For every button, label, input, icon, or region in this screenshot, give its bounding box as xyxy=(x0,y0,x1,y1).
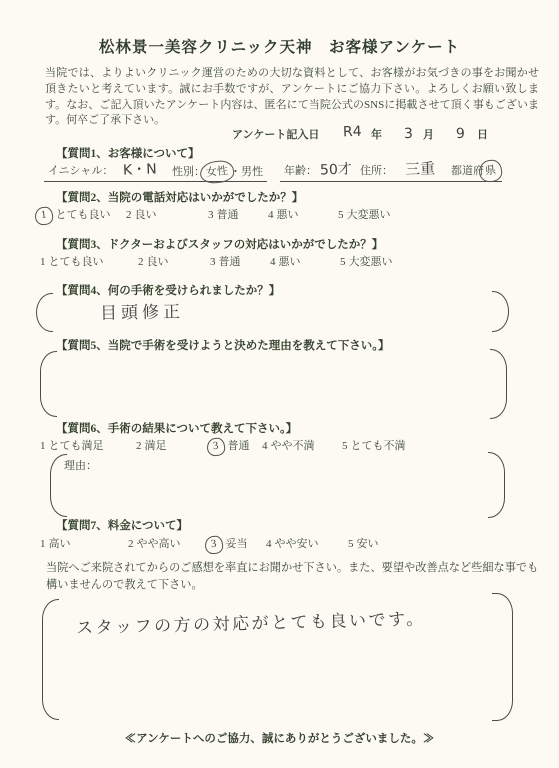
q7-option-3: 3妥当 xyxy=(210,535,248,551)
comments-handwritten: スタッフの方の対応がとても良いです。 xyxy=(76,604,426,638)
q7-option-2: 2やや高い xyxy=(128,535,181,551)
date-day-handwritten: 9 xyxy=(456,126,465,142)
q2-option-5: 5大変悪い xyxy=(338,206,391,222)
q3-option-4-number: 4 xyxy=(270,256,276,268)
q2-option-1-number-circled: 1 xyxy=(34,206,53,226)
q7-option-5-number: 5 xyxy=(348,538,354,550)
q2-option-1-label: とても良い xyxy=(56,209,111,221)
q3-option-3-label: 普通 xyxy=(219,256,241,268)
q6-option-5-number: 5 xyxy=(342,440,348,452)
prefecture-ken-circled: 県 xyxy=(478,159,503,183)
q6-reason-label: 理由： xyxy=(64,457,97,473)
q7-option-5-label: 安い xyxy=(357,538,379,550)
comments-bracket-left xyxy=(42,599,59,720)
date-year-handwritten: R4 xyxy=(343,124,362,141)
address-handwritten: 三重 xyxy=(405,157,436,179)
q3-option-2-label: 良い xyxy=(147,256,169,268)
q2-option-1: 1とても良い xyxy=(40,206,111,222)
q2-option-4-number: 4 xyxy=(268,209,274,221)
q7-option-1: 1高い xyxy=(40,535,71,551)
q3-option-1-number: 1 xyxy=(40,256,46,268)
q6-option-4-number: 4 xyxy=(262,440,268,452)
q6-option-5-label: とても不満 xyxy=(351,440,406,452)
q6-option-1: 1とても満足 xyxy=(40,437,104,453)
q3-option-2-number: 2 xyxy=(138,256,144,268)
survey-scan-page: 松林景一美容クリニック天神 お客様アンケート 当院では、よりよいクリニック運営の… xyxy=(0,0,559,768)
q7-option-2-label: やや高い xyxy=(137,538,181,550)
comments-bracket-right xyxy=(492,593,513,721)
initials-field: イニシャル：K・N xyxy=(44,158,171,182)
q4-bracket-right xyxy=(492,291,509,332)
age-handwritten: 50才 xyxy=(317,158,356,179)
q3-heading: 【質問3、ドクターおよびスタッフの対応はいかがでしたか？】 xyxy=(56,236,383,252)
initials-label: イニシャル： xyxy=(48,165,113,177)
q7-option-2-number: 2 xyxy=(128,538,134,550)
q6-option-3: 3普通 xyxy=(212,437,250,453)
q6-option-5: 5とても不満 xyxy=(342,437,406,453)
q3-option-5-number: 5 xyxy=(340,256,346,268)
q6-heading: 【質問6、手術の結果について教えて下さい。】 xyxy=(56,420,297,436)
q3-option-3: 3普通 xyxy=(210,253,241,269)
q6-option-1-number: 1 xyxy=(40,440,46,452)
q1-answer-row: イニシャル：K・N 性別：女性・男性 年齢：50才 住所：三重都道府県 xyxy=(0,158,559,182)
date-month-unit: 月 xyxy=(423,126,434,142)
q6-option-3-number-circled: 3 xyxy=(206,437,225,457)
q5-heading: 【質問5、当院で手術を受けようと決めた理由を教えて下さい。】 xyxy=(56,337,390,353)
q3-option-2: 2良い xyxy=(138,253,169,269)
q7-option-5: 5安い xyxy=(348,535,379,551)
q7-heading: 【質問7、料金について】 xyxy=(56,517,188,533)
q7-option-4-label: やや安い xyxy=(275,538,319,550)
q4-heading: 【質問4、何の手術を受けられましたか？】 xyxy=(56,282,280,298)
address-field: 住所：三重都道府県 xyxy=(356,157,502,182)
q4-bracket-left xyxy=(36,293,53,332)
date-year-unit: 年 xyxy=(371,126,382,142)
q2-option-3-label: 普通 xyxy=(217,209,239,221)
q6-option-4: 4やや不満 xyxy=(262,437,315,453)
q2-option-2-label: 良い xyxy=(135,209,157,221)
q2-option-5-label: 大変悪い xyxy=(347,209,391,221)
date-label: アンケート記入日 xyxy=(232,126,319,142)
q6-options: 1とても満足 2満足 3普通 4やや不満 5とても不満 xyxy=(0,437,559,455)
intro-text: 当院では、よりよいクリニック運営のための大切な資料として、お客様がお気づきの事を… xyxy=(45,66,539,129)
q2-option-2: 2良い xyxy=(126,206,157,222)
address-label: 住所： xyxy=(360,165,393,177)
q3-option-1: 1とても良い xyxy=(40,253,104,269)
q6-option-1-label: とても満足 xyxy=(49,440,104,452)
footer-thanks: ≪アンケートへのご協力、誠にありがとうございました。≫ xyxy=(0,730,559,746)
initials-handwritten: K・N xyxy=(113,158,167,180)
q6-option-2: 2満足 xyxy=(136,437,167,453)
q7-option-4-number: 4 xyxy=(266,538,272,550)
gender-option-female-circled: 女性 xyxy=(199,159,235,184)
q7-option-1-label: 高い xyxy=(49,538,71,550)
q2-option-3: 3普通 xyxy=(208,206,239,222)
q6-reason-bracket-right xyxy=(488,452,505,518)
q2-option-3-number: 3 xyxy=(208,209,214,221)
q6-option-2-label: 満足 xyxy=(145,440,167,452)
page-title: 松林景一美容クリニック天神 お客様アンケート xyxy=(0,35,559,57)
q6-option-3-label: 普通 xyxy=(228,440,250,452)
q7-option-3-label: 妥当 xyxy=(226,538,248,550)
q3-option-4-label: 悪い xyxy=(279,256,301,268)
q6-option-4-label: やや不満 xyxy=(271,440,315,452)
q3-option-3-number: 3 xyxy=(210,256,216,268)
q3-option-1-label: とても良い xyxy=(49,256,104,268)
q2-options: 1とても良い 2良い 3普通 4悪い 5大変悪い xyxy=(0,206,559,224)
q2-option-4: 4悪い xyxy=(268,206,299,222)
q6-option-2-number: 2 xyxy=(136,440,142,452)
q5-bracket-right xyxy=(490,349,507,419)
survey-date-row: アンケート記入日 R4 年 3 月 9 日 xyxy=(0,126,559,146)
q2-option-2-number: 2 xyxy=(126,209,132,221)
gender-option-male: 男性 xyxy=(241,166,263,178)
q7-option-1-number: 1 xyxy=(40,538,46,550)
gender-field: 性別：女性・男性 xyxy=(168,162,267,182)
date-month-handwritten: 3 xyxy=(404,126,413,142)
comments-prompt: 当院へご来院されてからのご感想を率直にお聞かせ下さい。また、要望や改善点など些細… xyxy=(46,560,546,594)
age-label: 年齢： xyxy=(284,165,317,177)
q7-option-4: 4やや安い xyxy=(266,535,319,551)
q7-option-3-number-circled: 3 xyxy=(204,535,223,555)
q3-option-5-label: 大変悪い xyxy=(349,256,393,268)
q2-heading: 【質問2、当院の電話対応はいかがでしたか？】 xyxy=(56,189,303,205)
q3-option-5: 5大変悪い xyxy=(340,253,393,269)
q5-bracket-left xyxy=(40,351,57,417)
q7-options: 1高い 2やや高い 3妥当 4やや安い 5安い xyxy=(0,535,559,553)
q3-options: 1とても良い 2良い 3普通 4悪い 5大変悪い xyxy=(0,253,559,271)
q4-answer-handwritten: 目頭修正 xyxy=(100,297,184,323)
date-day-unit: 日 xyxy=(477,126,488,142)
q2-option-4-label: 悪い xyxy=(277,209,299,221)
q2-option-5-number: 5 xyxy=(338,209,344,221)
age-field: 年齢：50才 xyxy=(280,158,359,182)
q3-option-4: 4悪い xyxy=(270,253,301,269)
